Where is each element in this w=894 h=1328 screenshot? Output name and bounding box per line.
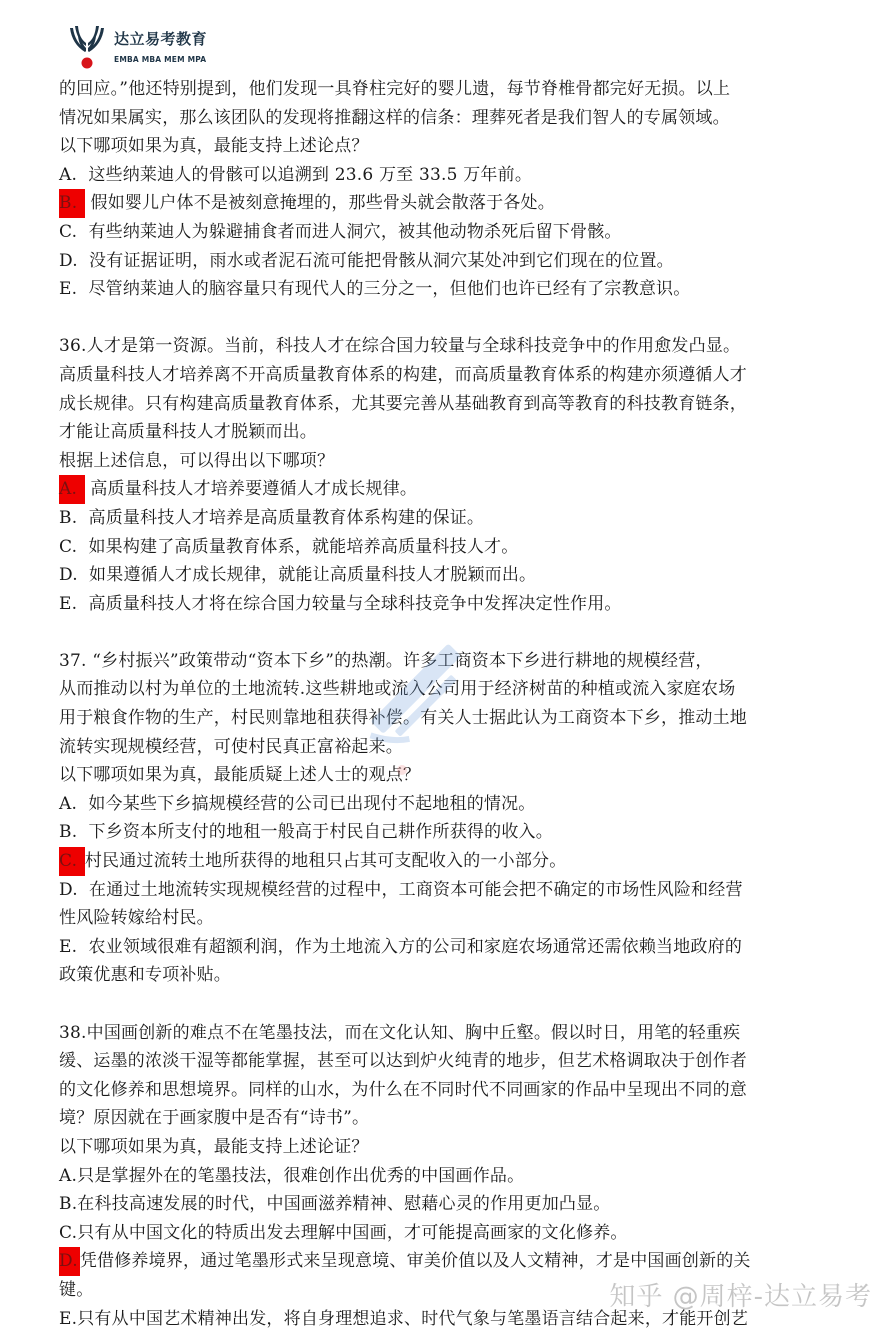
option-label: B. — [59, 508, 77, 528]
option-text: 在通过土地流转实现规模经营的过程中，工商资本可能会把不确定的市场性风险和经营 — [89, 880, 743, 900]
stem-line: 流转实现规模经营，可使村民真正富裕起来。 — [59, 733, 849, 762]
option-e: E. 农业领域很难有超额利润，作为土地流入方的公司和家庭农场通常还需依赖当地政府… — [59, 933, 849, 962]
option-text: 村民通过流转土地所获得的地租只占其可支配收入的一小部分。 — [85, 851, 567, 871]
option-d: D. 在通过土地流转实现规模经营的过程中，工商资本可能会把不确定的市场性风险和经… — [59, 876, 849, 905]
option-text: 只有从中国文化的特质出发去理解中国画，才可能提高画家的文化修养。 — [77, 1223, 627, 1243]
option-text: 高质量科技人才将在综合国力较量与全球科技竞争中发挥决定性作用。 — [88, 594, 621, 614]
option-label: C. — [59, 222, 77, 242]
option-e-continued: 政策优惠和专项补贴。 — [59, 961, 849, 990]
stem-line: 情况如果属实，那么该团队的发现将推翻这样的信条：理葬死者是我们智人的专属领域。 — [59, 104, 849, 133]
option-label: D. — [59, 880, 78, 900]
option-text: 没有证据证明，雨水或者泥石流可能把骨骸从洞穴某处冲到它们现在的位置。 — [89, 251, 674, 271]
option-c-answer: C. 村民通过流转土地所获得的地租只占其可支配收入的一小部分。 — [59, 847, 849, 876]
question-prompt: 以下哪项如果为真，最能质疑上述人士的观点？ — [59, 761, 849, 790]
option-d: D. 没有证据证明，雨水或者泥石流可能把骨骸从洞穴某处冲到它们现在的位置。 — [59, 247, 849, 276]
option-e: E. 尽管纳莱迪人的脑容量只有现代人的三分之一，但他们也许已经有了宗教意识。 — [59, 275, 849, 304]
option-a-answer: A. 高质量科技人才培养要遵循人才成长规律。 — [59, 475, 849, 504]
option-e: E. 高质量科技人才将在综合国力较量与全球科技竞争中发挥决定性作用。 — [59, 590, 849, 619]
option-d-answer: D.凭借修养境界，通过笔墨形式来呈现意境、审美价值以及人文精神，才是中国画创新的… — [59, 1247, 849, 1276]
option-label: E. — [59, 1309, 77, 1328]
option-text: 如今某些下乡搞规模经营的公司已出现付不起地租的情况。 — [88, 794, 535, 814]
option-label: A. — [59, 794, 77, 814]
option-text: 有些纳莱迪人为躲避捕食者而进人洞穴，被其他动物杀死后留下骨骸。 — [88, 222, 621, 242]
option-text: 高质量科技人才培养是高质量教育体系构建的保证。 — [89, 508, 485, 528]
option-text: 下乡资本所支付的地租一般高于村民自己耕作所获得的收入。 — [89, 822, 553, 842]
stem-line: 的文化修养和思想境界。同样的山水，为什么在不同时代不同画家的作品中呈现出不同的意 — [59, 1076, 849, 1105]
option-b: B.在科技高速发展的时代，中国画滋养精神、慰藉心灵的作用更加凸显。 — [59, 1190, 849, 1219]
option-label: B. — [59, 193, 77, 213]
option-label: E. — [59, 594, 77, 614]
stem-line: 的回应。”他还特别提到，他们发现一具脊柱完好的婴儿遗，每节脊椎骨都完好无损。以上 — [59, 75, 849, 104]
option-c: C. 如果构建了高质量教育体系，就能培养高质量科技人才。 — [59, 533, 849, 562]
option-text: 如果遵循人才成长规律，就能让高质量科技人才脱颖而出。 — [89, 565, 536, 585]
option-label: D. — [59, 251, 78, 271]
document-body: 的回应。”他还特别提到，他们发现一具脊柱完好的婴儿遗，每节脊椎骨都完好无损。以上… — [59, 75, 849, 1328]
option-b: B. 下乡资本所支付的地租一般高于村民自己耕作所获得的收入。 — [59, 818, 849, 847]
question-35: 的回应。”他还特别提到，他们发现一具脊柱完好的婴儿遗，每节脊椎骨都完好无损。以上… — [59, 75, 849, 304]
option-text: 在科技高速发展的时代，中国画滋养精神、慰藉心灵的作用更加凸显。 — [77, 1194, 610, 1214]
stem-line: 用于粮食作物的生产，村民则靠地租获得补偿。有关人士据此认为工商资本下乡，推动土地 — [59, 704, 849, 733]
stem-line: 高质量科技人才培养离不开高质量教育体系的构建，而高质量教育体系的构建亦须遵循人才 — [59, 361, 849, 390]
answer-highlight: C. — [59, 847, 85, 876]
option-text: 高质量科技人才培养要遵循人才成长规律。 — [90, 479, 417, 499]
option-d-continued: 键。 — [59, 1276, 849, 1305]
question-prompt: 以下哪项如果为真，最能支持上述论点？ — [59, 132, 849, 161]
option-a: A. 这些纳莱迪人的骨骸可以追溯到 23.6 万至 33.5 万年前。 — [59, 161, 849, 190]
option-label: E. — [59, 279, 77, 299]
question-prompt: 根据上述信息，可以得出以下哪项？ — [59, 447, 849, 476]
option-text: 只是掌握外在的笔墨技法，很难创作出优秀的中国画作品。 — [77, 1166, 524, 1186]
stem-line: 境？原因就在于画家腹中是否有“诗书”。 — [59, 1104, 849, 1133]
option-label: A. — [59, 479, 77, 499]
option-label: D. — [59, 1251, 78, 1271]
option-label: B. — [59, 1194, 77, 1214]
option-a: A. 如今某些下乡搞规模经营的公司已出现付不起地租的情况。 — [59, 790, 849, 819]
stem-line: 37. “乡村振兴”政策带动“资本下乡”的热潮。许多工商资本下乡进行耕地的规模经… — [59, 647, 849, 676]
logo-emblem-icon — [66, 22, 108, 70]
option-text: 这些纳莱迪人的骨骸可以追溯到 23.6 万至 33.5 万年前。 — [88, 165, 532, 185]
option-e: E.只有从中国艺术精神出发，将自身理想追求、时代气象与笔墨语言结合起来，才能开创… — [59, 1305, 849, 1328]
brand-subtitle: EMBA MBA MEM MPA — [114, 55, 207, 64]
question-38: 38.中国画创新的难点不在笔墨技法，而在文化认知、胸中丘壑。假以时日，用笔的轻重… — [59, 1019, 849, 1328]
option-c: C. 有些纳莱迪人为躲避捕食者而进人洞穴，被其他动物杀死后留下骨骸。 — [59, 218, 849, 247]
brand-logo: 达立易考教育 EMBA MBA MEM MPA — [66, 22, 207, 68]
option-d: D. 如果遵循人才成长规律，就能让高质量科技人才脱颖而出。 — [59, 561, 849, 590]
option-text: 尽管纳莱迪人的脑容量只有现代人的三分之一，但他们也许已经有了宗教意识。 — [88, 279, 690, 299]
stem-line: 缓、运墨的浓淡干湿等都能掌握，甚至可以达到炉火纯青的地步，但艺术格调取决于创作者 — [59, 1047, 849, 1076]
option-b-answer: B. 假如婴儿户体不是被刻意掩埋的，那些骨头就会散落于各处。 — [59, 189, 849, 218]
question-prompt: 以下哪项如果为真，最能支持上述论证？ — [59, 1133, 849, 1162]
option-text: 只有从中国艺术精神出发，将自身理想追求、时代气象与笔墨语言结合起来，才能开创艺 — [77, 1309, 748, 1328]
option-b: B. 高质量科技人才培养是高质量教育体系构建的保证。 — [59, 504, 849, 533]
answer-highlight: B. — [59, 189, 85, 218]
answer-highlight: A. — [59, 475, 85, 504]
option-text: 凭借修养境界，通过笔墨形式来呈现意境、审美价值以及人文精神，才是中国画创新的关 — [80, 1251, 751, 1271]
stem-line: 才能让高质量科技人才脱颖而出。 — [59, 418, 849, 447]
option-label: C. — [59, 537, 77, 557]
option-d-continued: 性风险转嫁给村民。 — [59, 904, 849, 933]
option-text: 假如婴儿户体不是被刻意掩埋的，那些骨头就会散落于各处。 — [91, 193, 555, 213]
brand-title: 达立易考教育 — [114, 28, 207, 49]
option-text: 农业领域很难有超额利润，作为土地流入方的公司和家庭农场通常还需依赖当地政府的 — [88, 937, 742, 957]
question-37: 37. “乡村振兴”政策带动“资本下乡”的热潮。许多工商资本下乡进行耕地的规模经… — [59, 647, 849, 990]
option-label: B. — [59, 822, 77, 842]
option-label: A. — [59, 165, 77, 185]
option-text: 如果构建了高质量教育体系，就能培养高质量科技人才。 — [88, 537, 518, 557]
stem-line: 36.人才是第一资源。当前，科技人才在综合国力较量与全球科技竞争中的作用愈发凸显… — [59, 332, 849, 361]
option-label: C. — [59, 1223, 77, 1243]
option-c: C.只有从中国文化的特质出发去理解中国画，才可能提高画家的文化修养。 — [59, 1219, 849, 1248]
stem-line: 38.中国画创新的难点不在笔墨技法，而在文化认知、胸中丘壑。假以时日，用笔的轻重… — [59, 1019, 849, 1048]
answer-highlight: D. — [59, 1247, 80, 1276]
stem-line: 从而推动以村为单位的土地流转.这些耕地或流入公司用于经济树苗的种植或流入家庭农场 — [59, 675, 849, 704]
option-label: C. — [59, 851, 77, 871]
option-label: A. — [59, 1166, 77, 1186]
option-label: D. — [59, 565, 78, 585]
option-label: E. — [59, 937, 77, 957]
question-36: 36.人才是第一资源。当前，科技人才在综合国力较量与全球科技竞争中的作用愈发凸显… — [59, 332, 849, 618]
stem-line: 成长规律。只有构建高质量教育体系，尤其要完善从基础教育到高等教育的科技教育链条， — [59, 390, 849, 419]
option-a: A.只是掌握外在的笔墨技法，很难创作出优秀的中国画作品。 — [59, 1162, 849, 1191]
